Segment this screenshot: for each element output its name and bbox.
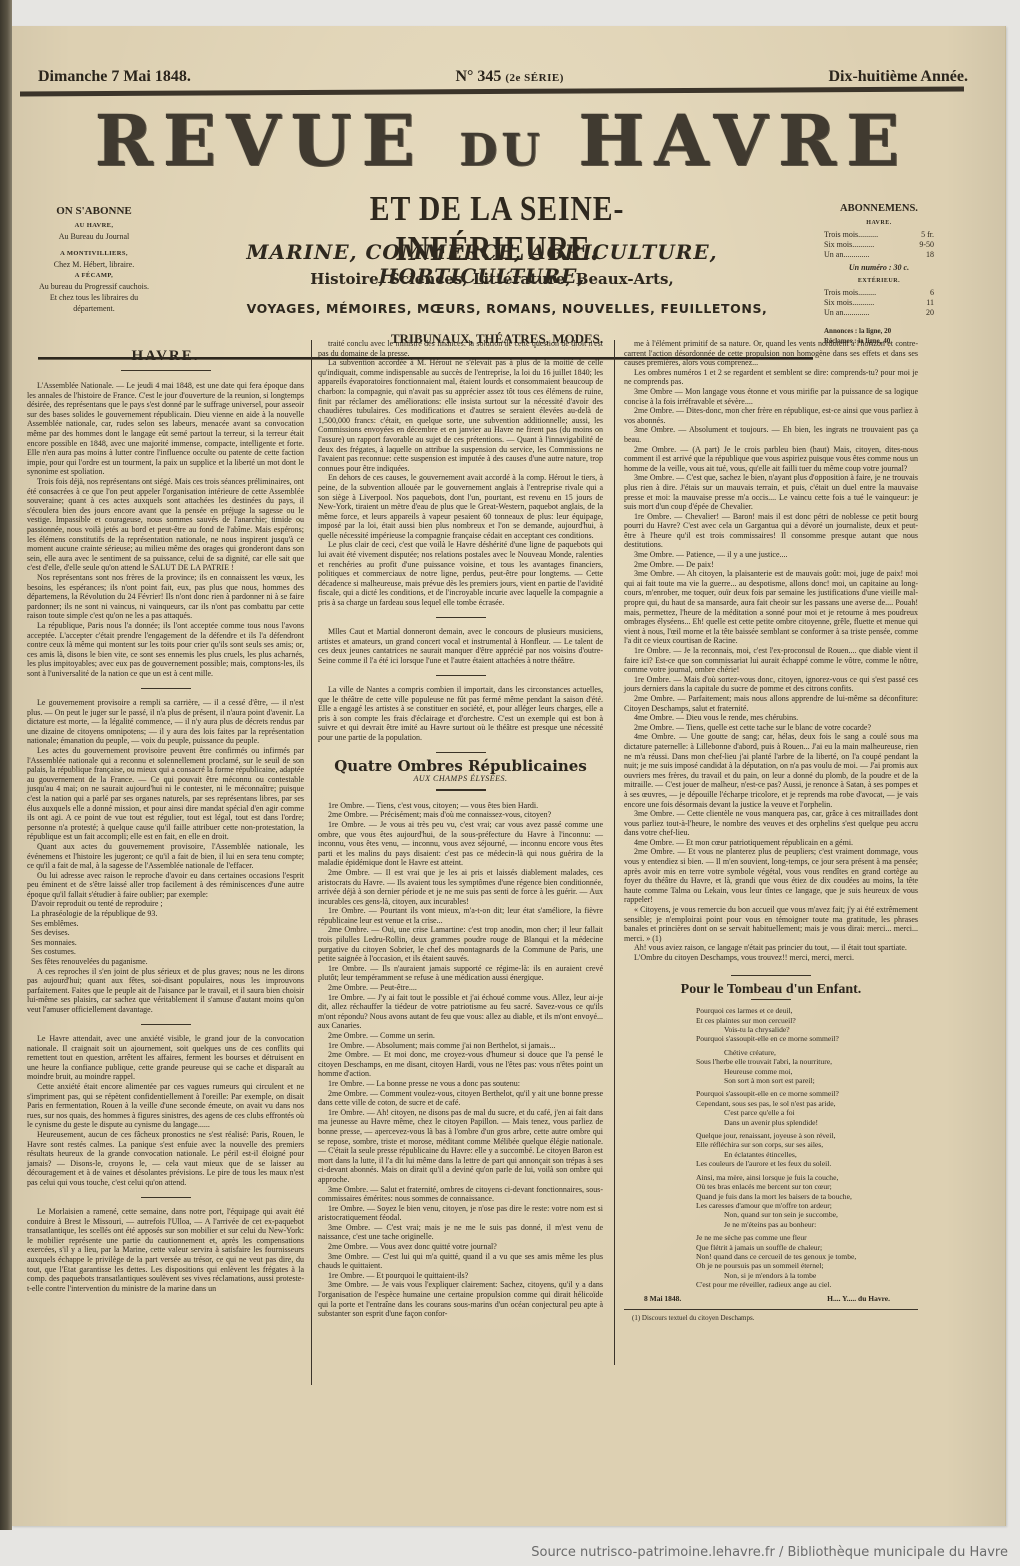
article-reproches: A ces reproches il s'en joint de plus sé… [27, 967, 304, 1015]
masthead-havre: HAVRE [578, 99, 909, 182]
feature-dialogue-continued: me à l'élément primitif de sa nature. Or… [624, 339, 918, 963]
section-title-havre: HAVRE. [27, 352, 304, 362]
paragraph: 1re Ombre. — Soyez le bien venu, citoyen… [318, 1204, 603, 1223]
issue-header-line: Dimanche 7 Mai 1848. N° 345 (2e SÉRIE) D… [38, 68, 968, 86]
paragraph: 2me Ombre. — Peut-être.... [318, 983, 603, 993]
rate-price: 6 [930, 288, 934, 298]
rate-period: Six mois........... [824, 240, 874, 250]
paragraph: Heureusement, aucun de ces fâcheux prono… [27, 1130, 304, 1188]
article-havre-attendait: Le Havre attendait, avec une anxiété vis… [27, 1034, 304, 1188]
paragraph: 3me Ombre. — Salut et fraternité, ombres… [318, 1185, 603, 1204]
list-item: Ses devises. [31, 928, 304, 938]
subscription-location-line: A MONTIVILLIERS, [34, 248, 154, 259]
tagline-arts: Histoire, Sciences, Littérature, Beaux-A… [302, 270, 682, 288]
paragraph: 1re Ombre. — Je la reconnais, moi, c'est… [624, 646, 918, 675]
rate-price: 11 [926, 298, 934, 308]
paragraph: Les actes du gouvernement provisoire peu… [27, 746, 304, 842]
rate-row: Trois mois..........5 fr. [824, 230, 934, 240]
article-assemblee-nationale: L'Assemblée Nationale. — Le jeudi 4 mai … [27, 381, 304, 678]
poem-line: C'est pour me réveiller, radieux ange au… [696, 1280, 918, 1289]
list-item: Ses costumes. [31, 947, 304, 957]
rate-row: Un an.............20 [824, 308, 934, 318]
poem-stanza: Pourquoi s'assoupit-elle en ce morne som… [696, 1089, 918, 1127]
havre-rates-list: Trois mois..........5 fr.Six mois.......… [824, 230, 934, 260]
subscription-rates: ABONNEMENS. HAVRE. Trois mois..........5… [824, 204, 934, 346]
paragraph: 1re Ombre. — Ils n'auraient jamais suppo… [318, 964, 603, 983]
paragraph: Les ombres numéros 1 et 2 se regardent e… [624, 368, 918, 387]
poem-line: Oh je ne poursuis pas un sommeil éternel… [696, 1261, 918, 1270]
article-separator [436, 675, 486, 677]
paragraph: 2me Ombre. — Vous avez donc quitté votre… [318, 1242, 603, 1252]
reproach-list: D'avoir reproduit ou tenté de reproduire… [27, 899, 304, 966]
paragraph: 2me Ombre. — Précisément; mais d'où me c… [318, 810, 603, 820]
masthead-revue: REVUE [95, 99, 425, 182]
title-rule [436, 789, 486, 791]
list-item: Ses fêtes renouvelées du paganisme. [31, 957, 304, 967]
paragraph: 3me Ombre. — Ah citoyen, la plaisanterie… [624, 569, 918, 646]
poem-line: Et ces plaintes sur mon cercueil? [696, 1016, 918, 1025]
header-rule [20, 87, 964, 97]
paragraph: 2me Ombre. — Et moi donc, me croyez-vous… [318, 1050, 603, 1079]
article-separator [141, 688, 191, 690]
paragraph: 2me Ombre. — Et vous ne planterez plus d… [624, 847, 918, 905]
list-item: D'avoir reproduit ou tenté de reproduire… [31, 899, 304, 909]
paragraph: 3me Ombre. — C'est que, sachez le bien, … [624, 473, 918, 511]
paragraph: me à l'élément primitif de sa nature. Or… [624, 339, 918, 368]
poem-body: Pourquoi ces larmes et ce deuil,Et ces p… [624, 1006, 918, 1289]
poem-line: Les couleurs de l'aurore et les feux du … [696, 1159, 918, 1168]
paragraph: 2me Ombre. — Dites-donc, mon cher frère … [624, 406, 918, 425]
poem-line: Ainsi, ma mère, ainsi lorsque je fuis la… [696, 1173, 918, 1182]
issue-number: N° 345 (2e SÉRIE) [455, 68, 563, 86]
poem-date: 8 Mai 1848. [644, 1294, 681, 1304]
paragraph: Quant aux actes du gouvernement provisoi… [27, 842, 304, 871]
poem-line: Heureuse comme moi, [696, 1067, 918, 1076]
poem-line: En éclatantes étincelles, [696, 1150, 918, 1159]
exterior-rates-list: Trois mois.........6Six mois...........1… [824, 288, 934, 318]
poem-line: Cependant, sous ses pas, le sol n'est pa… [696, 1099, 918, 1108]
poem-line: Non, quand sur ton sein je succombe, [696, 1210, 918, 1219]
paragraph: Le Havre attendait, avec une anxiété vis… [27, 1034, 304, 1082]
paragraph: traité conclu avec le ministre des finan… [318, 339, 603, 358]
article-separator [436, 752, 486, 754]
article-concert: Mlles Caut et Martial donneront demain, … [318, 627, 603, 665]
article-subvention: traité conclu avec le ministre des finan… [318, 339, 603, 608]
paragraph: 3me Ombre. — Cette clientèle ne vous man… [624, 809, 918, 838]
poem-title: Pour le Tombeau d'un Enfant. [624, 985, 918, 995]
paragraph: 2me Ombre. — De paix! [624, 560, 918, 570]
rate-period: Trois mois.......... [824, 230, 878, 240]
list-item: Ses emblêmes. [31, 919, 304, 929]
poem-line: Que flétrit à jamais un souffle de chale… [696, 1243, 918, 1252]
poem-line: Les caresses d'amour que m'offre ton ard… [696, 1201, 918, 1210]
paragraph: 3me Ombre. — Absolument et toujours. — E… [624, 425, 918, 444]
paragraph: 3me Ombre. — C'est lui qui m'a quitté, q… [318, 1252, 603, 1271]
book-binding-edge [0, 0, 12, 1530]
subscription-location-line: AU HAVRE, [34, 220, 154, 231]
rate-price: 20 [926, 308, 934, 318]
rate-row: Six mois...........11 [824, 298, 934, 308]
poem-stanza: Je ne me sèche pas comme une fleurQue fl… [696, 1233, 918, 1289]
poem-line: Où tes bras enlacés me bercent sur ton c… [696, 1182, 918, 1191]
paragraph: 2me Ombre. — Oui, une crise Lamartine: c… [318, 925, 603, 963]
subscription-rates-title: ABONNEMENS. [824, 204, 934, 214]
rate-period: Six mois........... [824, 298, 874, 308]
paragraph: 1re Ombre. — Mais d'où sortez-vous donc,… [624, 675, 918, 694]
paragraph: 1re Ombre. — Absolument; mais comme j'ai… [318, 1041, 603, 1051]
paragraph: 2me Ombre. — Il est vrai que je les ai p… [318, 868, 603, 906]
issue-year: Dix-huitième Année. [828, 68, 968, 86]
paragraph: 3me Ombre. — C'est vrai; mais je ne me l… [318, 1223, 603, 1242]
paragraph: Trois fois déjà, nos représentans ont si… [27, 477, 304, 573]
paragraph: L'Assemblée Nationale. — Le jeudi 4 mai … [27, 381, 304, 477]
poem-stanza: Ainsi, ma mère, ainsi lorsque je fuis la… [696, 1173, 918, 1229]
subscription-location-line: Au bureau du Progressif cauchois. [34, 281, 154, 292]
paragraph: 1re Ombre. — Et pourquoi le quittaient-i… [318, 1271, 603, 1281]
poem-stanza: Chétive créature,Sous l'herbe elle trouv… [696, 1048, 918, 1086]
article-separator [731, 975, 811, 977]
exterior-rates-label: EXTÉRIEUR. [824, 276, 934, 286]
column-middle: traité conclu avec le ministre des finan… [318, 339, 603, 1319]
subscription-location-line: Et chez tous les libraires du départemen… [34, 292, 154, 314]
poem-line: Je ne me sèche pas comme une fleur [696, 1233, 918, 1242]
paragraph: Ou lui adresse avec raison le reproche d… [27, 871, 304, 900]
paragraph: La république, Paris nous l'a donnée; il… [27, 621, 304, 679]
paragraph: L'Ombre du citoyen Deschamps, vous trouv… [624, 953, 918, 963]
paragraph: Mlles Caut et Martial donneront demain, … [318, 627, 603, 665]
paragraph: 3me Ombre. — Je vais vous l'expliquer cl… [318, 1280, 603, 1318]
poem-line: Sous l'herbe elle trouvait l'abri, la no… [696, 1057, 918, 1066]
title-rule [751, 999, 791, 1001]
poem-line: Pourquoi ces larmes et ce deuil, [696, 1006, 918, 1015]
footnote-rule [624, 1309, 918, 1310]
paragraph: A ces reproches il s'en joint de plus sé… [27, 967, 304, 1015]
poem-signature: H.... Y..... du Havre. [827, 1294, 890, 1304]
paragraph: 3me Ombre. — Patience, — il y a une just… [624, 550, 918, 560]
subscription-locations-title: ON S'ABONNE [34, 206, 154, 217]
paragraph: En dehors de ces causes, le gouvernement… [318, 473, 603, 540]
paragraph: 1re Ombre. — Je vous ai très peu vu, c'e… [318, 820, 603, 868]
paragraph: 1re Ombre. — Chevalier! — Baron! mais il… [624, 512, 918, 550]
rate-price: 5 fr. [921, 230, 934, 240]
issue-series: (2e SÉRIE) [505, 72, 563, 84]
paragraph: Le gouvernement provisoire a rempli sa c… [27, 698, 304, 746]
feature-dialogue: 1re Ombre. — Tiens, c'est vous, citoyen;… [318, 801, 603, 1319]
paragraph: 4me Ombre. — Et mon cœur patriotiquement… [624, 838, 918, 848]
rate-row: Six mois...........9-50 [824, 240, 934, 250]
poem-line: Je ne m'éteins pas au bonheur: [696, 1220, 918, 1229]
poem-line: Non, si je m'endors à la tombe [696, 1271, 918, 1280]
rate-price: 9-50 [919, 240, 934, 250]
column-divider-1 [311, 340, 312, 1385]
rate-price: 18 [926, 250, 934, 260]
rate-period: Un an............. [824, 250, 869, 260]
paragraph: « Citoyens, je vous remercie du bon accu… [624, 905, 918, 943]
subscription-location-line: A FÉCAMP, [34, 270, 154, 281]
paragraph: 1re Ombre. — Ah! citoyen, ne disons pas … [318, 1108, 603, 1185]
subscription-location-line: Chez M. Hébert, libraire. [34, 259, 154, 270]
paragraph: 4me Ombre. — Une goutte de sang; car, hé… [624, 732, 918, 809]
subscription-locations: ON S'ABONNE AU HAVRE,Au Bureau du Journa… [34, 206, 154, 314]
paragraph: 1re Ombre. — Tiens, c'est vous, citoyen;… [318, 801, 603, 811]
article-separator [141, 1024, 191, 1026]
poem-line: Pourquoi s'assoupit-elle en ce morne som… [696, 1089, 918, 1098]
poem-line: Non! quand dans ce cercueil de tes genou… [696, 1252, 918, 1261]
paragraph: Ah! vous aviez raison, ce langage n'étai… [624, 943, 918, 953]
article-separator [436, 617, 486, 619]
feature-subtitle: AUX CHAMPS ÉLYSÉES. [318, 774, 603, 784]
poem-line: Chétive créature, [696, 1048, 918, 1057]
article-morlaisien: Le Morlaisien a ramené, cette semaine, d… [27, 1207, 304, 1293]
rate-period: Un an............. [824, 308, 869, 318]
paragraph: Le Morlaisien a ramené, cette semaine, d… [27, 1207, 304, 1293]
subscription-location-line: Au Bureau du Journal [34, 231, 154, 242]
paragraph: 1re Ombre. — Pourtant ils vont mieux, m'… [318, 906, 603, 925]
paragraph: Nos représentans sont nos frères de la p… [27, 573, 304, 621]
paragraph: Le plus clair de ceci, c'est que voilà l… [318, 540, 603, 607]
rate-row: Un an.............18 [824, 250, 934, 260]
poem-signature-line: 8 Mai 1848. H.... Y..... du Havre. [624, 1294, 918, 1304]
havre-rates-label: HAVRE. [824, 218, 934, 228]
paragraph: La subvention accordée à M. Hérout ne s'… [318, 358, 603, 473]
poem-line: Dans un avenir plus splendide! [696, 1118, 918, 1127]
paragraph: 1re Ombre. — J'y ai fait tout le possibl… [318, 993, 603, 1031]
poem-stanza: Pourquoi ces larmes et ce deuil,Et ces p… [696, 1006, 918, 1044]
list-item: Ses monnaies. [31, 938, 304, 948]
poem-line: Son sort à mon sort est pareil; [696, 1076, 918, 1085]
footnote: (1) Discours textuel du citoyen Deschamp… [624, 1314, 918, 1324]
article-nantes-theatre: La ville de Nantes a compris combien il … [318, 685, 603, 743]
paragraph: 1re Ombre. — La bonne presse ne vous a d… [318, 1079, 603, 1089]
title-rule [121, 370, 211, 372]
subscription-locations-list: AU HAVRE,Au Bureau du JournalA MONTIVILL… [34, 220, 154, 314]
rate-period: Trois mois......... [824, 288, 876, 298]
poem-line: Vois-tu la chrysalide? [696, 1025, 918, 1034]
rate-row: Trois mois.........6 [824, 288, 934, 298]
masthead-title: REVUE DU HAVRE [32, 106, 972, 186]
paragraph: 2me Ombre. — Comment voulez-vous, citoye… [318, 1089, 603, 1108]
single-issue-price: Un numéro : 30 c. [824, 263, 934, 273]
paragraph: 2me Ombre. — Tiens, quelle est cette tac… [624, 723, 918, 733]
poem-line: Quelque jour, renaissant, joyeuse à son … [696, 1131, 918, 1140]
issue-number-value: N° 345 [455, 68, 501, 85]
column-divider-2 [614, 340, 615, 1365]
source-credit: Source nutrisco-patrimoine.lehavre.fr / … [531, 1545, 1008, 1560]
poem-line: Quand je fuis dans la mort les baisers d… [696, 1192, 918, 1201]
poem-line: Pourquoi s'assoupit-elle en ce morne som… [696, 1034, 918, 1043]
list-item: La phraséologie de la république de 93. [31, 909, 304, 919]
paragraph: 2me Ombre. — Parfaitement; mais nous all… [624, 694, 918, 713]
paragraph: 2me Ombre. — (A part) Je le crois parble… [624, 445, 918, 474]
tagline-genres: VOYAGES, MÉMOIRES, MŒURS, ROMANS, NOUVEL… [202, 301, 812, 316]
paragraph: 3me Ombre — Mon langage vous étonne et v… [624, 387, 918, 406]
issue-date: Dimanche 7 Mai 1848. [38, 68, 191, 86]
paragraph: 4me Ombre. — Dieu vous le rende, mes ché… [624, 713, 918, 723]
paragraph: 2me Ombre. — Comme un serin. [318, 1031, 603, 1041]
paragraph: La ville de Nantes a compris combien il … [318, 685, 603, 743]
paragraph: Cette anxiété était encore alimentée par… [27, 1082, 304, 1130]
feature-title: Quatre Ombres Républicaines [318, 762, 603, 772]
masthead-du: DU [459, 125, 544, 176]
poem-stanza: Quelque jour, renaissant, joyeuse à son … [696, 1131, 918, 1169]
poem-line: Elle réfléchira sur son corps, sur ses a… [696, 1140, 918, 1149]
column-havre: HAVRE. L'Assemblée Nationale. — Le jeudi… [27, 340, 304, 1293]
annonces-rate: Annonces : la ligne, 20 [824, 326, 934, 336]
article-separator [141, 1197, 191, 1199]
poem-line: C'est parce qu'elle a foi [696, 1108, 918, 1117]
column-right: me à l'élément primitif de sa nature. Or… [624, 339, 918, 1324]
article-gouvernement-provisoire: Le gouvernement provisoire a rempli sa c… [27, 698, 304, 899]
